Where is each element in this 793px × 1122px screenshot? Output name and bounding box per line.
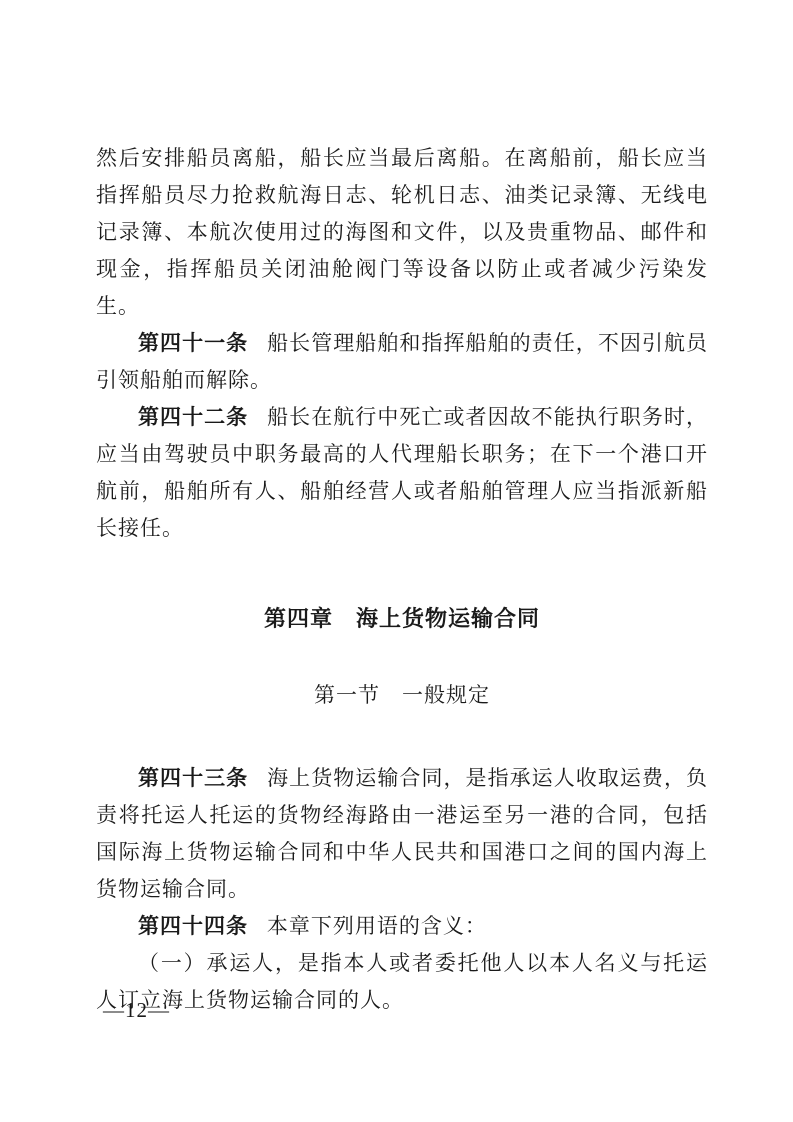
paragraph-article-43: 第四十三条海上货物运输合同，是指承运人收取运费，负责将托运人托运的货物经海路由一… — [96, 760, 708, 908]
article-44-number: 第四十四条 — [138, 915, 248, 938]
paragraph-continuation: 然后安排船员离船，船长应当最后离船。在离船前，船长应当指挥船员尽力抢救航海日志、… — [96, 140, 708, 325]
article-43-number: 第四十三条 — [138, 767, 248, 790]
chapter-heading: 第四章 海上货物运输合同 — [96, 600, 708, 637]
paragraph-article-44: 第四十四条本章下列用语的含义： — [96, 908, 708, 945]
article-44-text: 本章下列用语的含义： — [267, 914, 487, 938]
article-41-number: 第四十一条 — [138, 332, 248, 355]
paragraph-text: 然后安排船员离船，船长应当最后离船。在离船前，船长应当指挥船员尽力抢救航海日志、… — [96, 146, 708, 318]
paragraph-item-1: （一）承运人，是指本人或者委托他人以本人名义与托运人订立海上货物运输合同的人。 — [96, 945, 708, 1019]
article-42-number: 第四十二条 — [138, 406, 248, 429]
document-body: 然后安排船员离船，船长应当最后离船。在离船前，船长应当指挥船员尽力抢救航海日志、… — [96, 140, 708, 1019]
document-page: 然后安排船员离船，船长应当最后离船。在离船前，船长应当指挥船员尽力抢救航海日志、… — [0, 0, 793, 1122]
paragraph-article-42: 第四十二条船长在航行中死亡或者因故不能执行职务时，应当由驾驶员中职务最高的人代理… — [96, 399, 708, 547]
page-number: —12— — [103, 998, 170, 1022]
item-1-text: （一）承运人，是指本人或者委托他人以本人名义与托运人订立海上货物运输合同的人。 — [96, 951, 708, 1012]
section-heading: 第一节 一般规定 — [96, 677, 708, 714]
paragraph-article-41: 第四十一条船长管理船舶和指挥船舶的责任，不因引航员引领船舶而解除。 — [96, 325, 708, 399]
